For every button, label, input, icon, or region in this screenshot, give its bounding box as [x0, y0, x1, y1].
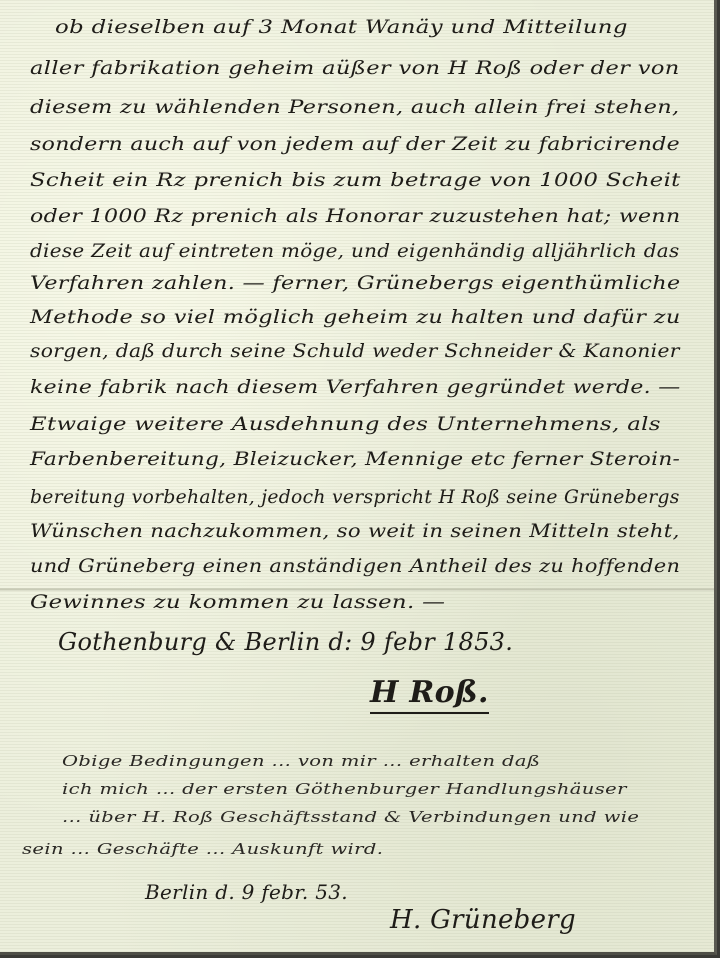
letter-line-10: sorgen, daß durch seine Schuld weder Sch…: [30, 340, 680, 362]
letter-line-5: Scheit ein Rz prenich bis zum betrage vo…: [30, 169, 681, 191]
signature-ross: H Roß.: [370, 675, 489, 710]
letter-line-2: aller fabrikation geheim aüßer von H Roß…: [30, 57, 680, 79]
letter-line-3: diesem zu wählenden Personen, auch allei…: [30, 96, 679, 118]
letter-line-16: und Grüneberg einen anständigen Antheil …: [30, 555, 680, 577]
postscript-date: Berlin d. 9 febr. 53.: [145, 880, 348, 904]
letter-line-9: Methode so viel möglich geheim zu halten…: [30, 306, 681, 328]
letter-line-1: ob dieselben auf 3 Monat Wanäy und Mitte…: [55, 16, 628, 38]
letter-line-11: keine fabrik nach diesem Verfahren gegrü…: [30, 376, 681, 398]
letter-line-12: Etwaige weitere Ausdehnung des Unternehm…: [30, 413, 661, 435]
postscript-line-2: ich mich ... der ersten Göthenburger Han…: [62, 780, 627, 798]
signature-ross-text: H Roß.: [370, 675, 489, 714]
letter-line-13: Farbenbereitung, Bleizucker, Mennige etc…: [30, 448, 680, 470]
letter-line-7: diese Zeit auf eintreten möge, und eigen…: [30, 240, 680, 262]
letter-line-14: bereitung vorbehalten, jedoch verspricht…: [30, 486, 680, 508]
place-date-line: Gothenburg & Berlin d: 9 febr 1853.: [58, 628, 513, 656]
letter-line-6: oder 1000 Rz prenich als Honorar zuzuste…: [30, 205, 680, 227]
letter-line-17: Gewinnes zu kommen zu lassen. —: [30, 591, 445, 613]
postscript-line-4: sein ... Geschäfte ... Auskunft wird.: [22, 840, 383, 858]
postscript-line-3: ... über H. Roß Geschäftsstand & Verbind…: [62, 808, 639, 826]
letter-line-8: Verfahren zahlen. — ferner, Grünebergs e…: [30, 272, 680, 294]
letter-line-15: Wünschen nachzukommen, so weit in seinen…: [30, 520, 680, 542]
postscript-line-1: Obige Bedingungen ... von mir ... erhalt…: [62, 752, 540, 770]
letter-page: ob dieselben auf 3 Monat Wanäy und Mitte…: [0, 0, 717, 955]
signature-grueneberg: H. Grüneberg: [390, 905, 576, 935]
letter-line-4: sondern auch auf von jedem auf der Zeit …: [30, 133, 680, 155]
